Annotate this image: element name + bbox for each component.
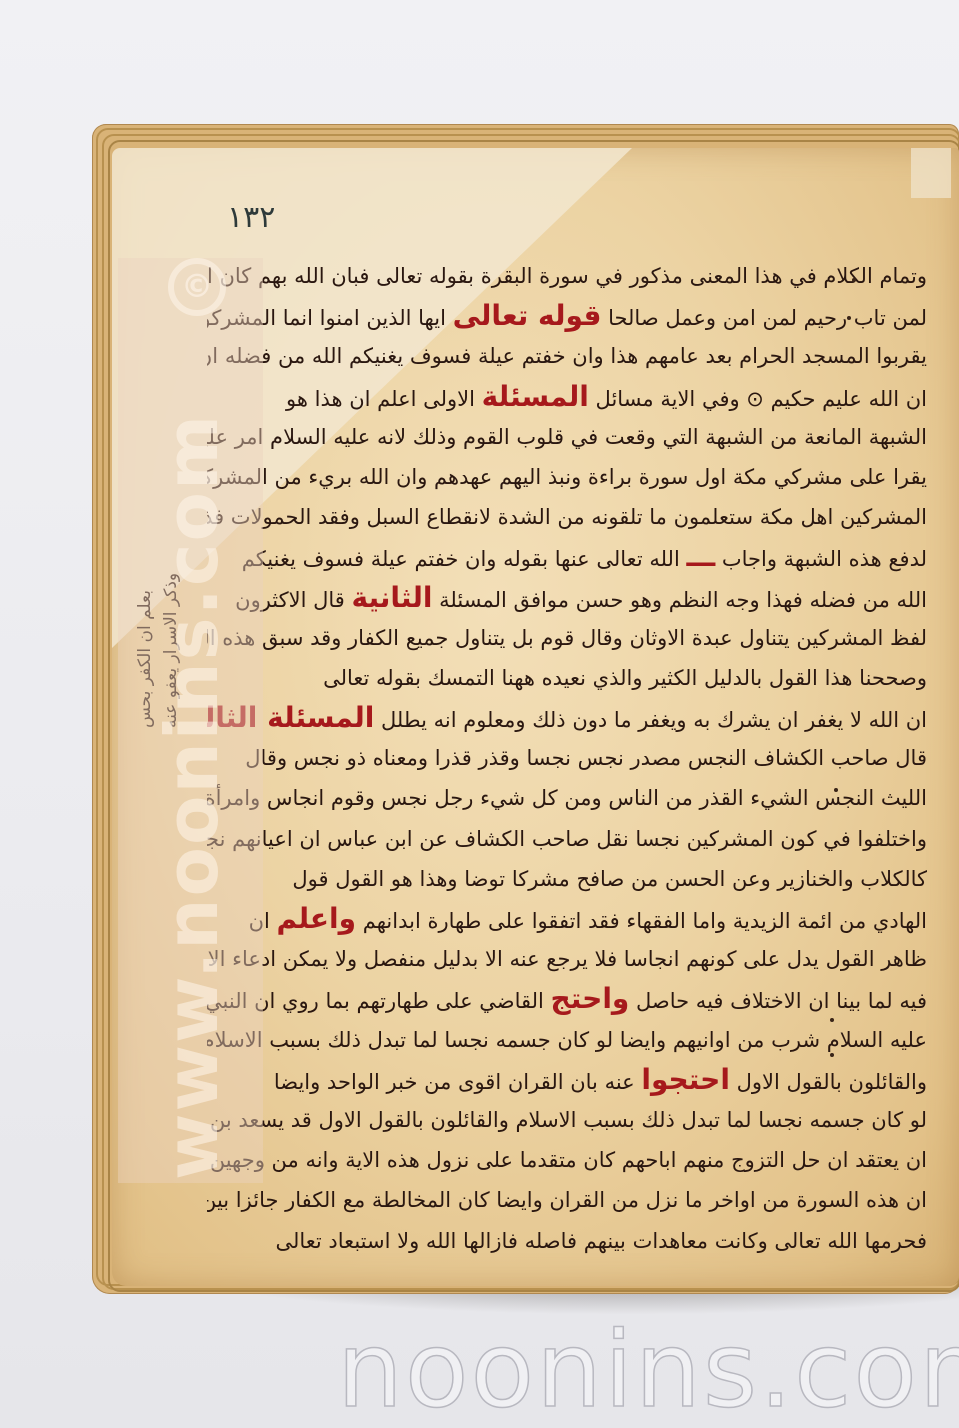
line-text: ان هذه السورة من اواخر ما نزل من القران … [207,1188,927,1212]
line-text: فيه لما بينا ان الاختلاف فيه حاصل [629,989,927,1013]
paper-repair-patch-right [911,148,951,198]
manuscript-line: لمن تاب رحيم لمن امن وعمل صالحا قوله تعا… [207,296,927,336]
manuscript-line: والقائلون بالقول الاول احتجوا عنه بان ال… [207,1060,927,1100]
manuscript-line: المشركين اهل مكة ستعلمون ما تلقونه من ال… [207,497,927,537]
manuscript-line: لدفع هذه الشبهة واجاب ـــ الله تعالى عنه… [207,537,927,577]
manuscript-line: يقربوا المسجد الحرام بعد عامهم هذا وان خ… [207,336,927,376]
line-text: لفظ المشركين يتناول عبدة الاوثان وقال قو… [207,626,927,650]
line-text: عليه السلام شرب من اوانيهم وايضا لو كان … [207,1028,927,1052]
line-text: ان يعتقد ان حل التزوج منهم اباحهم كان مت… [207,1148,927,1172]
manuscript-line: قال صاحب الكشاف النجس مصدر نجس نجسا وقذر… [207,738,927,778]
line-text: الليث النجس الشيء القذر من الناس ومن كل … [207,786,927,810]
line-text: لمن تاب رحيم لمن امن وعمل صالحا [601,306,927,330]
manuscript-text-block: وتمام الكلام في هذا المعنى مذكور في سورة… [207,256,927,1261]
line-text: واختلفوا في كون المشركين نجسا نقل صاحب ا… [207,827,927,851]
rubric-heading: الثانية [351,581,432,614]
rubric-heading: ـــ [686,540,715,573]
rubric-heading: احتجوا [641,1063,730,1096]
manuscript-line: وتمام الكلام في هذا المعنى مذكور في سورة… [207,256,927,296]
manuscript-line: ان الله لا يغفر ان يشرك به ويغفر ما دون … [207,698,927,738]
rubric-heading: المسئلة [482,380,589,413]
line-text: قال صاحب الكشاف النجس مصدر نجس نجسا وقذر… [245,746,927,770]
line-text: المشركين اهل مكة ستعلمون ما تلقونه من ال… [207,505,927,529]
line-text: ان الله لا يغفر ان يشرك به ويغفر ما دون … [374,708,927,732]
manuscript-line: الله من فضله فهذا وجه النظم وهو حسن مواف… [207,578,927,618]
manuscript-line: ان هذه السورة من اواخر ما نزل من القران … [207,1180,927,1220]
line-text: وصححنا هذا القول بالدليل الكثير والذي نع… [323,666,927,690]
manuscript-line: الليث النجس الشيء القذر من الناس ومن كل … [207,778,927,818]
ink-dot [852,278,856,282]
manuscript-line: لو كان جسمه نجسا لما تبدل ذلك بسبب الاسل… [207,1100,927,1140]
line-text: الله تعالى عنها بقوله وان خفتم عيلة فسوف… [242,547,687,571]
line-text: لدفع هذه الشبهة واجاب [715,547,927,571]
manuscript-line: واختلفوا في كون المشركين نجسا نقل صاحب ا… [207,819,927,859]
side-watermark-text: www.noonins.com [150,413,234,1180]
manuscript-line: فيه لما بينا ان الاختلاف فيه حاصل واحتج … [207,979,927,1019]
line-text: ظاهر القول يدل على كونهم انجاسا فلا يرجع… [207,947,927,971]
manuscript-line: ان يعتقد ان حل التزوج منهم اباحهم كان مت… [207,1140,927,1180]
ink-dot [830,1053,834,1057]
rubric-heading: قوله تعالى [453,299,602,332]
ink-dot [830,1018,834,1022]
line-text: الاولى اعلم ان هذا هو [286,387,482,411]
line-text: ان الله عليم حكيم ⊙ وفي الاية مسائل [589,387,927,411]
line-text: الله من فضله فهذا وجه النظم وهو حسن مواف… [432,588,927,612]
manuscript-line: عليه السلام شرب من اوانيهم وايضا لو كان … [207,1020,927,1060]
ink-dot [847,316,851,320]
line-text: لو كان جسمه نجسا لما تبدل ذلك بسبب الاسل… [207,1108,927,1132]
copyright-icon: © [168,258,226,316]
rubric-heading: واعلم [277,902,357,935]
line-text: الشبهة المانعة من الشبهة التي وقعت في قل… [207,425,927,449]
line-text: وتمام الكلام في هذا المعنى مذكور في سورة… [207,264,927,288]
manuscript-line: لفظ المشركين يتناول عبدة الاوثان وقال قو… [207,618,927,658]
line-text: عنه بان القران اقوى من خبر الواحد وايضا [274,1070,642,1094]
ink-dot [834,788,838,792]
line-text: يقربوا المسجد الحرام بعد عامهم هذا وان خ… [207,344,927,368]
manuscript-line: ظاهر القول يدل على كونهم انجاسا فلا يرجع… [207,939,927,979]
manuscript-line: ان الله عليم حكيم ⊙ وفي الاية مسائل المس… [207,377,927,417]
manuscript-line: فحرمها الله تعالى وكانت معاهدات بينهم فا… [207,1221,927,1261]
folio-number: ١٣٢ [227,200,275,235]
manuscript-line: الهادي من ائمة الزيدية واما الفقهاء فقد … [207,899,927,939]
line-text: كالكلاب والخنازير وعن الحسن من صافح مشرك… [292,867,927,891]
manuscript-line: الشبهة المانعة من الشبهة التي وقعت في قل… [207,417,927,457]
line-text: الهادي من ائمة الزيدية واما الفقهاء فقد … [356,909,927,933]
line-text: يقرا على مشركي مكة اول سورة براءة ونبذ ا… [207,465,927,489]
manuscript-line: كالكلاب والخنازير وعن الحسن من صافح مشرك… [207,859,927,899]
bottom-watermark-text: noonins.com [337,1318,959,1422]
line-text: والقائلون بالقول الاول [730,1070,927,1094]
manuscript-line: وصححنا هذا القول بالدليل الكثير والذي نع… [207,658,927,698]
manuscript-line: يقرا على مشركي مكة اول سورة براءة ونبذ ا… [207,457,927,497]
rubric-heading: واحتج [551,982,630,1015]
line-text: فحرمها الله تعالى وكانت معاهدات بينهم فا… [275,1229,927,1253]
